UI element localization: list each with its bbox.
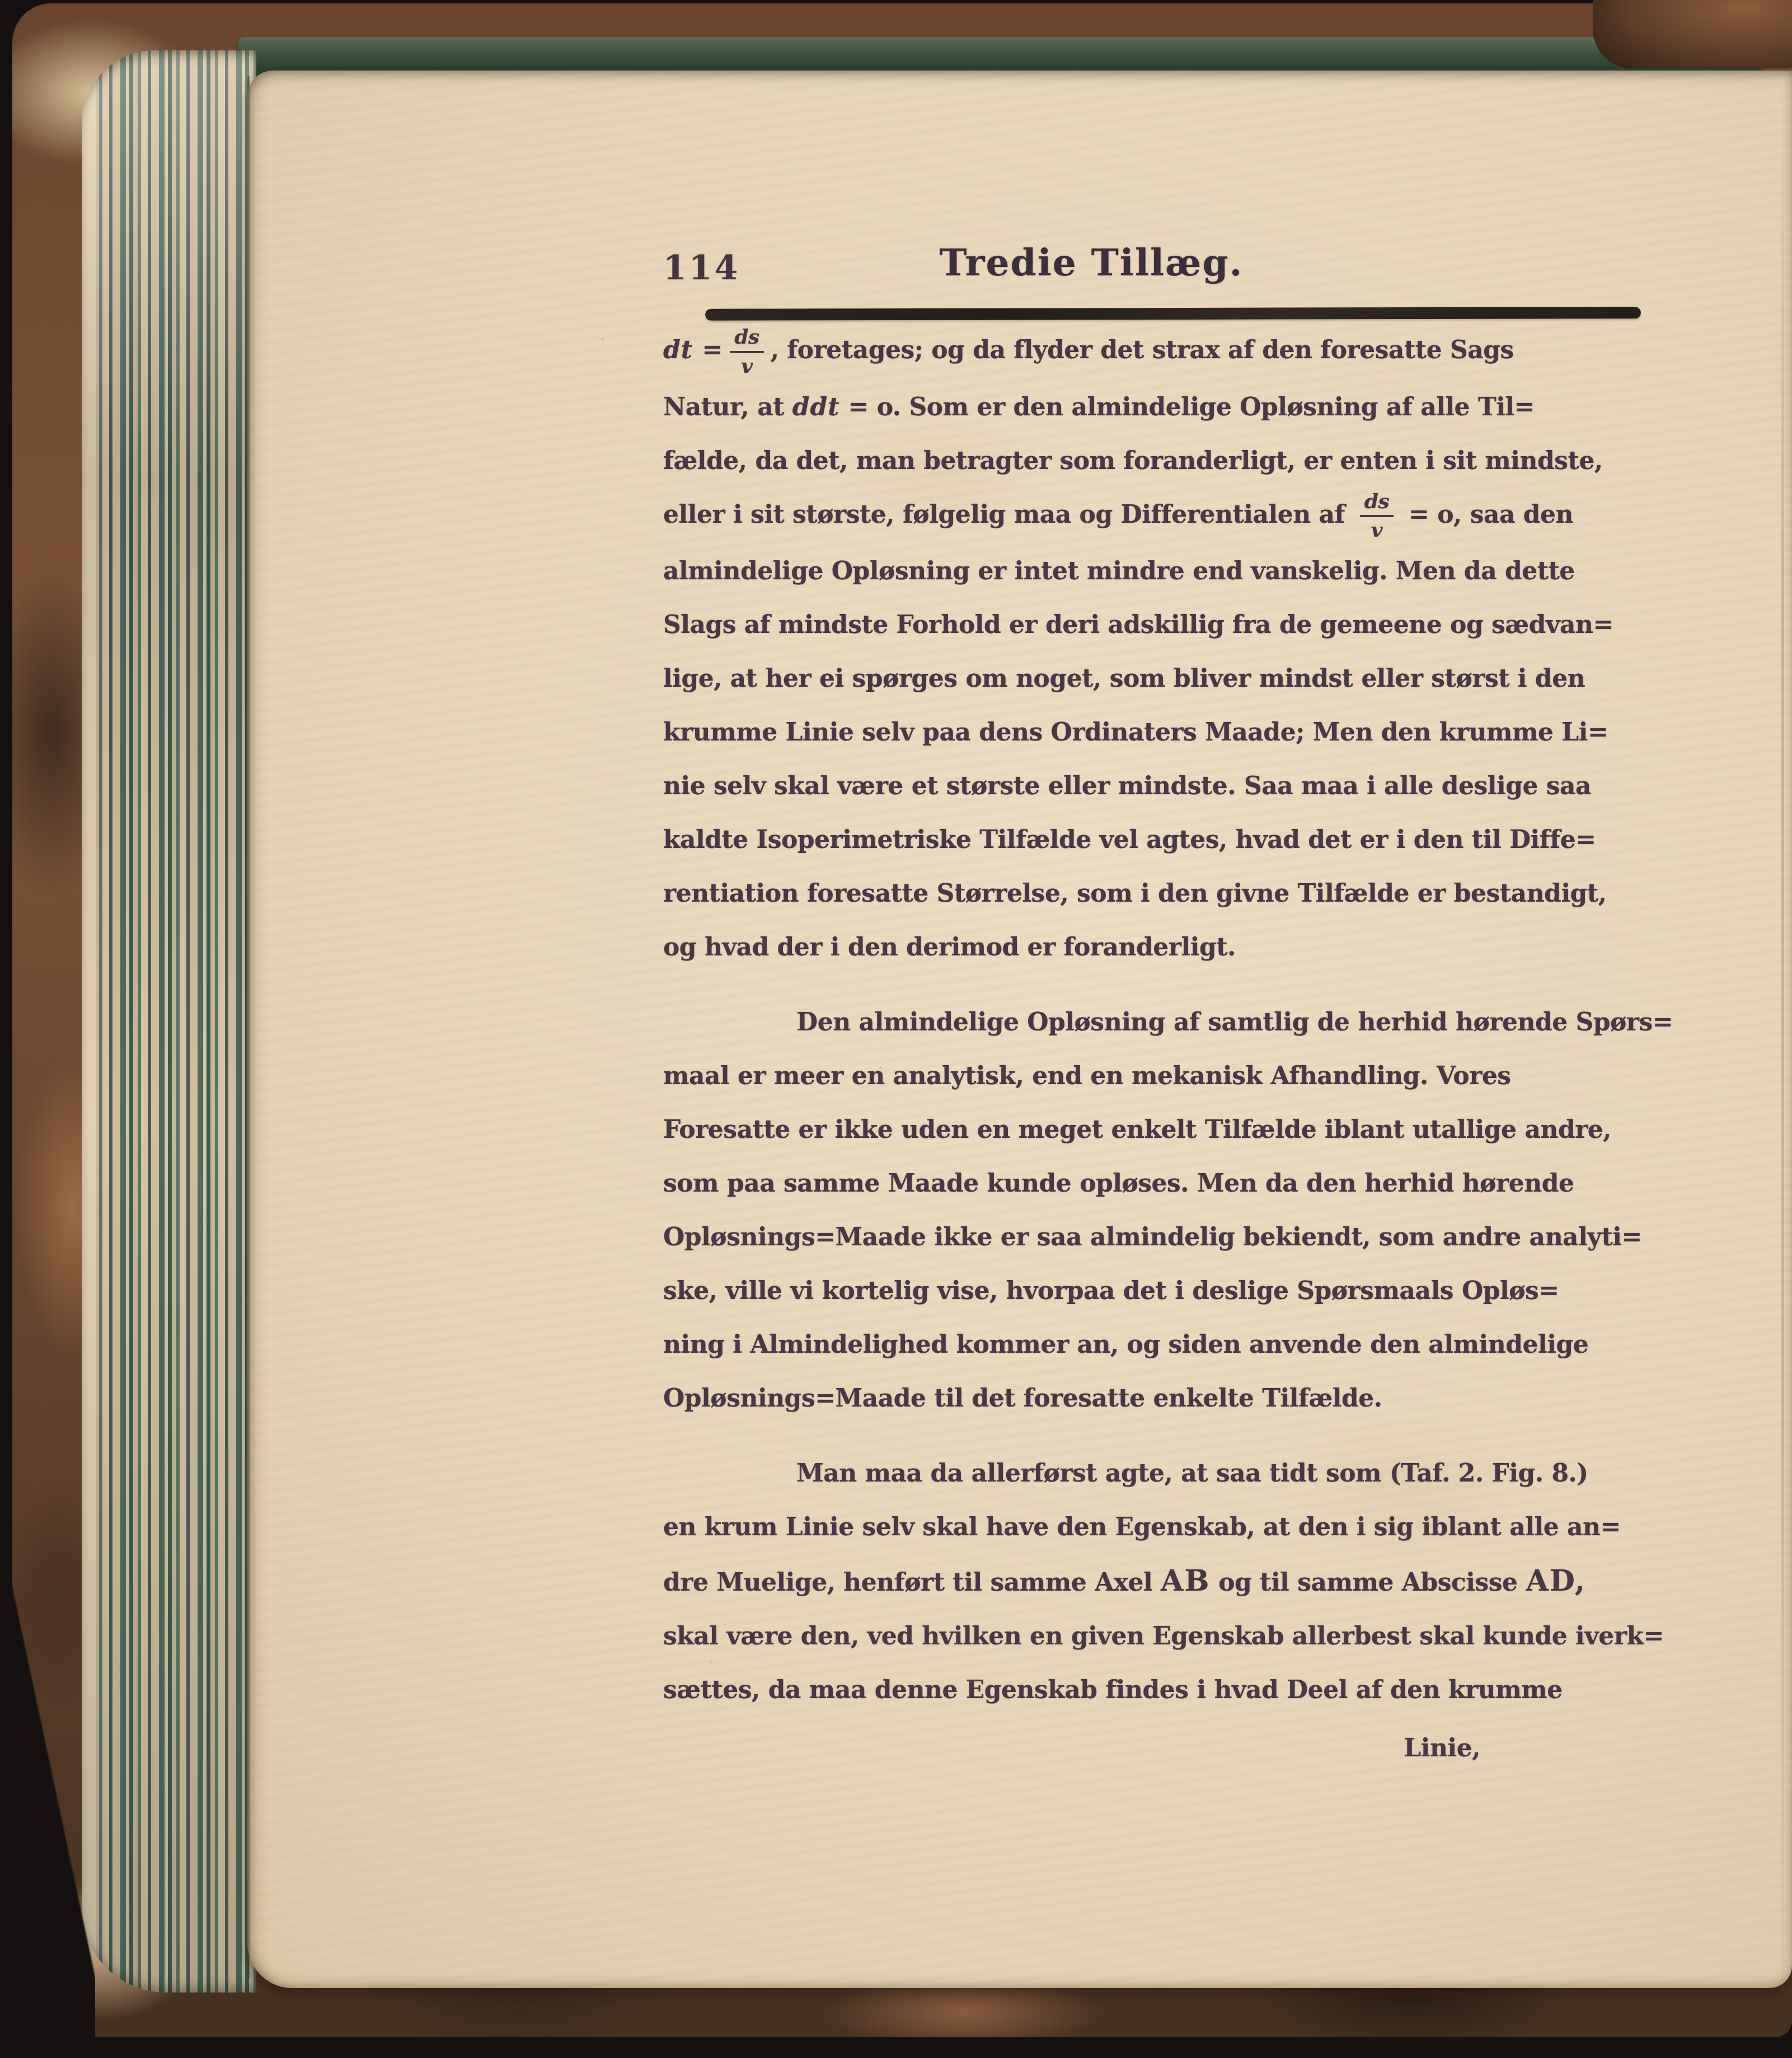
- text-line: som paa samme Maade kunde opløses. Men d…: [663, 1157, 1621, 1211]
- fraction: dsv: [1360, 488, 1394, 545]
- text-line: fælde, da det, man betragter som forande…: [663, 434, 1621, 488]
- page-crease: [1781, 71, 1784, 1988]
- text-line: ske, ville vi kortelig vise, hvorpaa det…: [663, 1264, 1621, 1318]
- text-run: almindelige Opløsning er intet mindre en…: [663, 557, 1575, 585]
- paragraph: dt =dsv, foretages; og da flyder det str…: [663, 324, 1621, 974]
- text-line: Opløsnings=Maade til det foresatte enkel…: [663, 1372, 1621, 1426]
- text-run: , foretages; og da flyder det strax af d…: [771, 336, 1514, 364]
- latin-run: AD,: [1526, 1564, 1586, 1598]
- text-run: maal er meer en analytisk, end en mekani…: [663, 1062, 1511, 1090]
- page-edge-stripes: [82, 50, 256, 1993]
- text-run: eller i sit største, følgelig maa og Dif…: [663, 500, 1353, 529]
- text-run: Man maa da allerførst agte, at saa tidt …: [796, 1459, 1588, 1488]
- text-run: Den almindelige Opløsning af samtlig de …: [796, 1008, 1673, 1037]
- text-line: almindelige Opløsning er intet mindre en…: [663, 545, 1621, 598]
- fraction-denominator: v: [1371, 517, 1382, 541]
- corner-leather: [1593, 0, 1792, 68]
- text-line: Opløsnings=Maade ikke er saa almindelig …: [663, 1211, 1621, 1264]
- text-run: rentiation foresatte Størrelse, som i de…: [663, 879, 1607, 908]
- text-run: = o. Som er den almindelige Opløsning af…: [840, 393, 1535, 421]
- book-top-edge-stain: [238, 37, 1764, 75]
- text-run: sættes, da maa denne Egenskab findes i h…: [663, 1676, 1563, 1704]
- text-line: lige, at her ei spørges om noget, som bl…: [663, 652, 1621, 706]
- text-line: Den almindelige Opløsning af samtlig de …: [663, 996, 1621, 1049]
- text-run: nie selv skal være et største eller mind…: [663, 772, 1591, 800]
- text-line: Slags af mindste Forhold er deri adskill…: [663, 598, 1621, 652]
- text-line: eller i sit største, følgelig maa og Dif…: [663, 488, 1621, 545]
- math-run: dt =: [663, 336, 723, 364]
- text-run: = o, saa den: [1400, 500, 1573, 529]
- text-line: sættes, da maa denne Egenskab findes i h…: [663, 1663, 1621, 1717]
- text-run: og hvad der i den derimod er foranderlig…: [663, 933, 1236, 962]
- text-line: og hvad der i den derimod er foranderlig…: [663, 921, 1621, 974]
- text-run: Slags af mindste Forhold er deri adskill…: [663, 611, 1613, 639]
- running-header: Tredie Tillæg.: [663, 241, 1519, 284]
- text-run: som paa samme Maade kunde opløses. Men d…: [663, 1169, 1574, 1198]
- backdrop-wedge: [0, 1498, 95, 2058]
- latin-run: AB: [1161, 1564, 1210, 1598]
- text-run: Natur, at: [663, 393, 792, 421]
- text-line: Foresatte er ikke uden en meget enkelt T…: [663, 1103, 1621, 1157]
- text-run: ning i Almindelighed kommer an, og siden…: [663, 1330, 1588, 1359]
- text-line: Natur, at ddt = o. Som er den almindelig…: [663, 381, 1621, 434]
- text-run: Foresatte er ikke uden en meget enkelt T…: [663, 1115, 1611, 1144]
- text-line: Man maa da allerførst agte, at saa tidt …: [663, 1447, 1621, 1501]
- text-line: krumme Linie selv paa dens Ordinaters Ma…: [663, 706, 1621, 760]
- text-line: en krum Linie selv skal have den Egenska…: [663, 1501, 1621, 1554]
- header-rule: [705, 307, 1641, 321]
- text-line: nie selv skal være et største eller mind…: [663, 760, 1621, 813]
- text-run: dre Muelige, henført til samme Axel: [663, 1568, 1161, 1597]
- text-run: og til samme Abscisse: [1210, 1568, 1526, 1597]
- text-line: rentiation foresatte Størrelse, som i de…: [663, 867, 1621, 921]
- text-run: Opløsnings=Maade til det foresatte enkel…: [663, 1384, 1382, 1413]
- page-edge-line: [247, 76, 250, 1979]
- text-run: lige, at her ei spørges om noget, som bl…: [663, 664, 1585, 693]
- paragraph: Den almindelige Opløsning af samtlig de …: [663, 996, 1621, 1426]
- fraction-numerator: ds: [1360, 491, 1394, 518]
- fraction: dsv: [730, 324, 763, 381]
- paragraph: Man maa da allerførst agte, at saa tidt …: [663, 1447, 1621, 1717]
- fraction-numerator: ds: [730, 327, 763, 353]
- fraction-denominator: v: [741, 353, 752, 377]
- text-run: en krum Linie selv skal have den Egenska…: [663, 1513, 1621, 1541]
- book-page: 114 Tredie Tillæg. dt =dsv, foretages; o…: [247, 71, 1792, 1988]
- text-run: Opløsnings=Maade ikke er saa almindelig …: [663, 1223, 1642, 1251]
- text-block: dt =dsv, foretages; og da flyder det str…: [663, 324, 1621, 1775]
- text-line: maal er meer en analytisk, end en mekani…: [663, 1049, 1621, 1103]
- text-line: kaldte Isoperimetriske Tilfælde vel agte…: [663, 813, 1621, 867]
- text-run: kaldte Isoperimetriske Tilfælde vel agte…: [663, 826, 1596, 854]
- text-run: skal være den, ved hvilken en given Egen…: [663, 1622, 1664, 1651]
- text-run: fælde, da det, man betragter som forande…: [663, 447, 1603, 475]
- text-run: ske, ville vi kortelig vise, hvorpaa det…: [663, 1277, 1559, 1305]
- photo-background: 114 Tredie Tillæg. dt =dsv, foretages; o…: [0, 0, 1792, 2058]
- text-line: ning i Almindelighed kommer an, og siden…: [663, 1318, 1621, 1372]
- text-line: skal være den, ved hvilken en given Egen…: [663, 1610, 1621, 1663]
- catchword: Linie,: [663, 1722, 1621, 1775]
- text-line: dre Muelige, henført til samme Axel AB o…: [663, 1554, 1621, 1610]
- text-line: dt =dsv, foretages; og da flyder det str…: [663, 324, 1621, 381]
- math-run: ddt: [792, 393, 840, 421]
- text-run: krumme Linie selv paa dens Ordinaters Ma…: [663, 718, 1608, 747]
